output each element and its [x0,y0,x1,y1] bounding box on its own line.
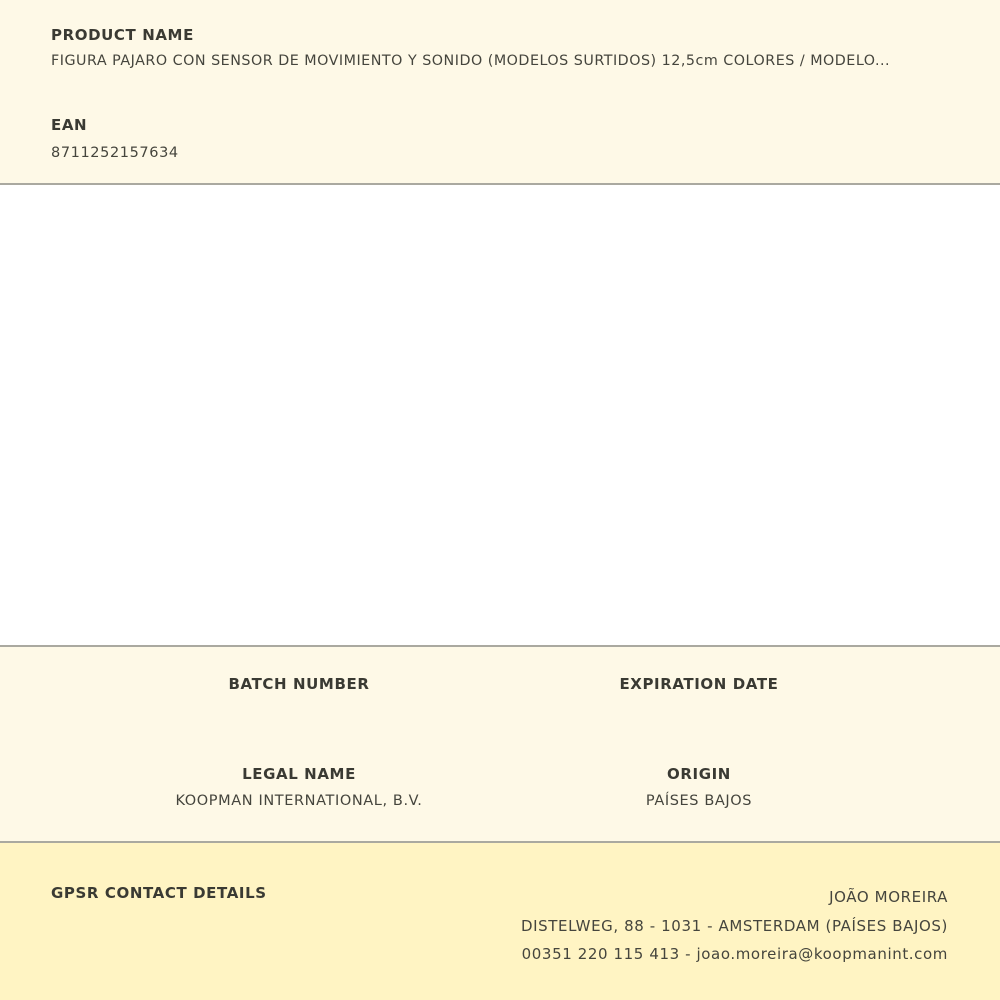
expiration-date-cell: EXPIRATION DATE [499,675,899,703]
gpsr-contact-label: GPSR CONTACT DETAILS [51,884,267,902]
ean-label: EAN [51,116,87,134]
product-image-area [0,187,1000,645]
product-details-section: BATCH NUMBER EXPIRATION DATE LEGAL NAME … [0,645,1000,843]
ean-value: 8711252157634 [51,145,179,161]
gpsr-contact-section: GPSR CONTACT DETAILS JOÃO MOREIRA DISTEL… [0,843,1000,1000]
legal-name-value: KOOPMAN INTERNATIONAL, B.V. [99,793,499,809]
product-label-sheet: PRODUCT NAME FIGURA PAJARO CON SENSOR DE… [0,0,1000,1000]
contact-phone-email: 00351 220 115 413 - joao.moreira@koopman… [521,940,948,969]
product-info-section: PRODUCT NAME FIGURA PAJARO CON SENSOR DE… [0,0,1000,185]
origin-cell: ORIGIN PAÍSES BAJOS [499,765,899,809]
origin-label: ORIGIN [499,765,899,783]
gpsr-contact-details: JOÃO MOREIRA DISTELWEG, 88 - 1031 - AMST… [521,883,948,969]
batch-number-cell: BATCH NUMBER [99,675,499,703]
contact-address: DISTELWEG, 88 - 1031 - AMSTERDAM (PAÍSES… [521,912,948,941]
expiration-date-label: EXPIRATION DATE [499,675,899,693]
legal-name-cell: LEGAL NAME KOOPMAN INTERNATIONAL, B.V. [99,765,499,809]
product-name-value: FIGURA PAJARO CON SENSOR DE MOVIMIENTO Y… [51,53,961,69]
legal-name-label: LEGAL NAME [99,765,499,783]
product-name-label: PRODUCT NAME [51,26,194,44]
contact-name: JOÃO MOREIRA [521,883,948,912]
batch-number-label: BATCH NUMBER [99,675,499,693]
origin-value: PAÍSES BAJOS [499,793,899,809]
